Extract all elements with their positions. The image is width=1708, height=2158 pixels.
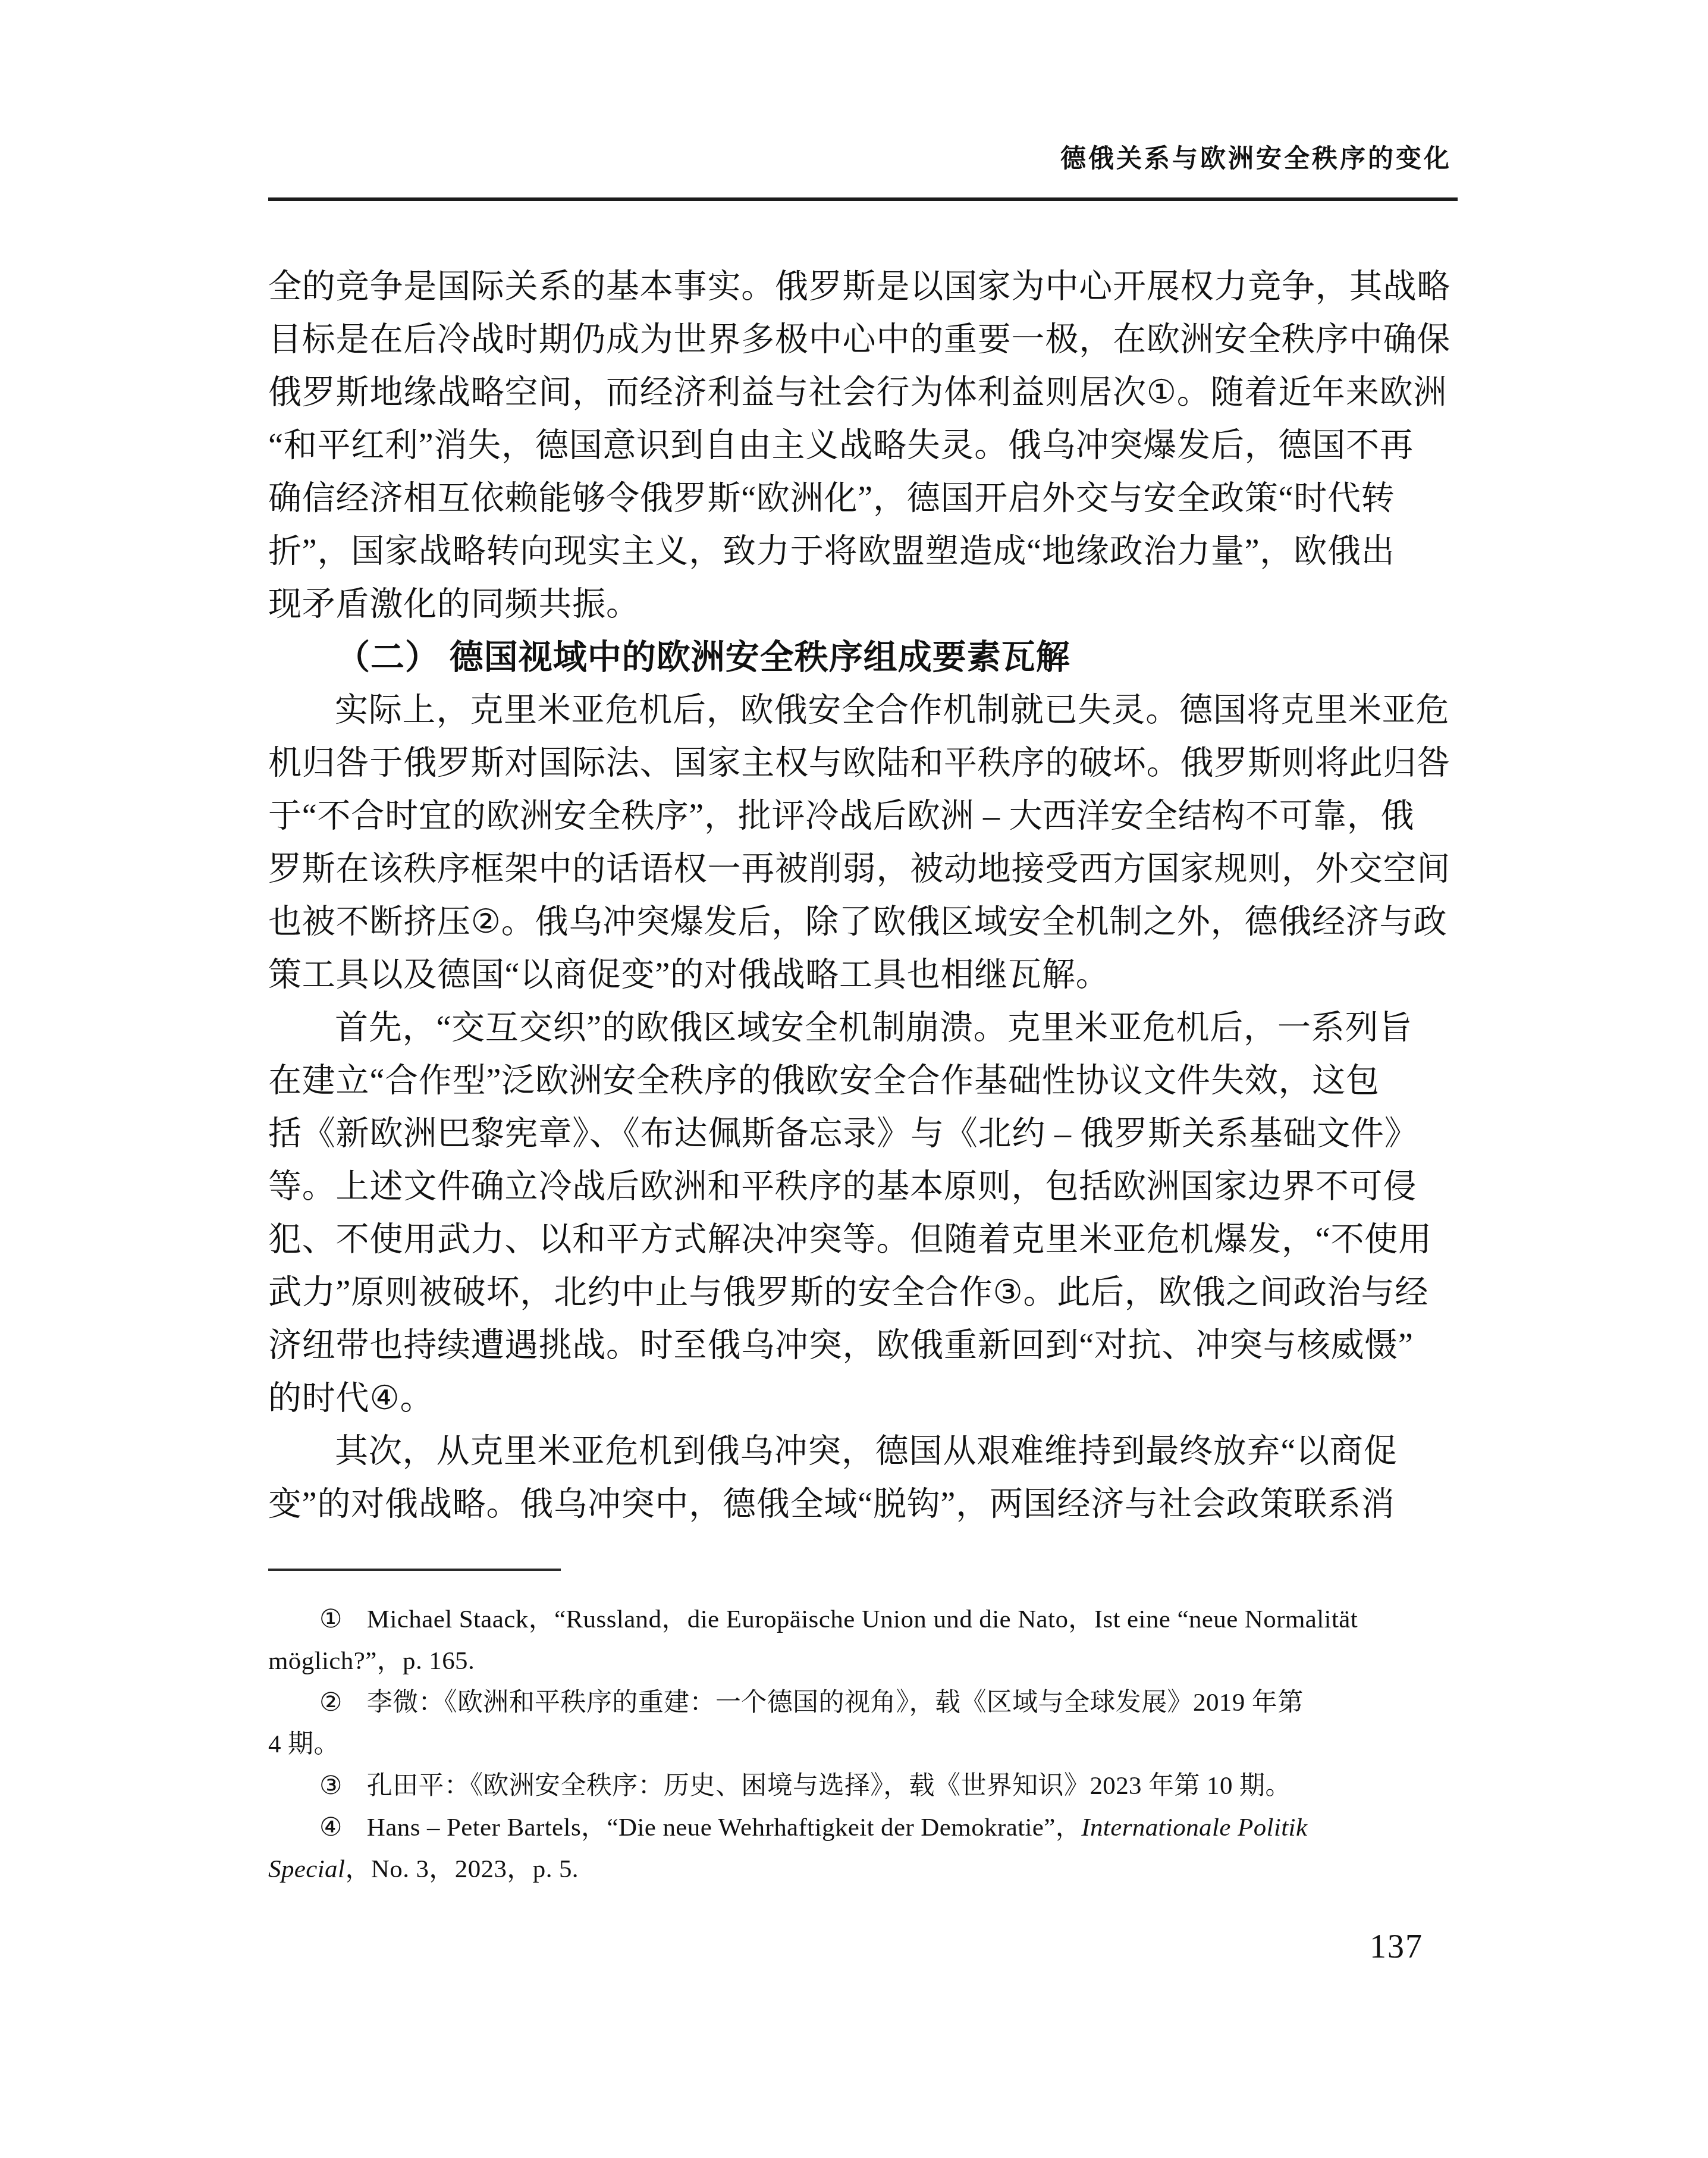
footnote-text: ，No. 3，2023，p. 5. — [345, 1855, 579, 1883]
section-heading-line: （二） 德国视域中的欧洲安全秩序组成要素瓦解 — [268, 631, 1454, 684]
footnote-separator — [268, 1569, 561, 1571]
footnote-line: möglich?”，p. 165. — [268, 1641, 1454, 1682]
footnote-line: ③孔田平：《欧洲安全秩序：历史、困境与选择》，载《世界知识》2023 年第 10… — [268, 1765, 1454, 1807]
footnote-text: Hans – Peter Bartels，“Die neue Wehrhafti… — [367, 1814, 1081, 1842]
body-line: 现矛盾激化的同频共振。 — [268, 578, 1454, 631]
body-line: 首先，“交互交织”的欧俄区域安全机制崩溃。克里米亚危机后，一系列旨 — [268, 1002, 1454, 1055]
footnote-line: ④Hans – Peter Bartels，“Die neue Wehrhaft… — [268, 1807, 1454, 1849]
footnote-journal-title: Internationale Politik — [1081, 1814, 1307, 1842]
body-line: 变”的对俄战略。俄乌冲突中，德俄全域“脱钩”，两国经济与社会政策联系消 — [268, 1478, 1454, 1531]
body-line: 等。上述文件确立冷战后欧洲和平秩序的基本原则，包括欧洲国家边界不可侵 — [268, 1160, 1454, 1213]
body-line: 括《新欧洲巴黎宪章》、《布达佩斯备忘录》与《北约 – 俄罗斯关系基础文件》 — [268, 1108, 1454, 1160]
body-text: 全的竞争是国际关系的基本事实。俄罗斯是以国家为中心开展权力竞争，其战略目标是在后… — [268, 261, 1454, 1531]
running-head: 德俄关系与欧洲安全秩序的变化 — [268, 142, 1452, 177]
body-line: 也被不断挤压②。俄乌冲突爆发后，除了欧俄区域安全机制之外，德俄经济与政 — [268, 896, 1454, 949]
body-line: 在建立“合作型”泛欧洲安全秩序的俄欧安全合作基础性协议文件失效，这包 — [268, 1055, 1454, 1108]
footnote-text: möglich?”，p. 165. — [268, 1647, 475, 1675]
body-line: “和平红利”消失，德国意识到自由主义战略失灵。俄乌冲突爆发后，德国不再 — [268, 419, 1454, 472]
page-number: 137 — [268, 1926, 1423, 1968]
body-line: 俄罗斯地缘战略空间，而经济利益与社会行为体利益则居次①。随着近年来欧洲 — [268, 366, 1454, 419]
footnote-marker: ③ — [319, 1772, 343, 1800]
footnote-line: ②李微：《欧洲和平秩序的重建：一个德国的视角》，载《区域与全球发展》2019 年… — [268, 1682, 1454, 1724]
body-line: 武力”原则被破坏，北约中止与俄罗斯的安全合作③。此后，欧俄之间政治与经 — [268, 1266, 1454, 1319]
body-line: 罗斯在该秩序框架中的话语权一再被削弱，被动地接受西方国家规则，外交空间 — [268, 843, 1454, 896]
footnote-journal-title: Special — [268, 1855, 345, 1883]
footnote-line: 4 期。 — [268, 1724, 1454, 1765]
footnote-marker: ④ — [319, 1814, 343, 1842]
body-line: 目标是在后冷战时期仍成为世界多极中心中的重要一极，在欧洲安全秩序中确保 — [268, 313, 1454, 366]
header-rule — [268, 197, 1458, 201]
body-line: 折”，国家战略转向现实主义，致力于将欧盟塑造成“地缘政治力量”，欧俄出 — [268, 525, 1454, 578]
body-line: 策工具以及德国“以商促变”的对俄战略工具也相继瓦解。 — [268, 949, 1454, 1002]
document-page: 德俄关系与欧洲安全秩序的变化 全的竞争是国际关系的基本事实。俄罗斯是以国家为中心… — [0, 0, 1708, 2158]
body-line: 犯、不使用武力、以和平方式解决冲突等。但随着克里米亚危机爆发，“不使用 — [268, 1213, 1454, 1266]
footnote-marker: ② — [319, 1689, 343, 1717]
footnote-line: Special，No. 3，2023，p. 5. — [268, 1849, 1454, 1890]
body-line: 济纽带也持续遭遇挑战。时至俄乌冲突，欧俄重新回到“对抗、冲突与核威慑” — [268, 1319, 1454, 1372]
body-line: 其次，从克里米亚危机到俄乌冲突，德国从艰难维持到最终放弃“以商促 — [268, 1425, 1454, 1478]
footnote-text: 李微：《欧洲和平秩序的重建：一个德国的视角》，载《区域与全球发展》2019 年第 — [367, 1689, 1304, 1717]
footnote-text: 4 期。 — [268, 1730, 340, 1758]
footnote-marker: ① — [319, 1605, 343, 1633]
body-line: 机归咎于俄罗斯对国际法、国家主权与欧陆和平秩序的破坏。俄罗斯则将此归咎 — [268, 737, 1454, 790]
body-line: 确信经济相互依赖能够令俄罗斯“欧洲化”，德国开启外交与安全政策“时代转 — [268, 472, 1454, 525]
footnote-text: 孔田平：《欧洲安全秩序：历史、困境与选择》，载《世界知识》2023 年第 10 … — [367, 1772, 1291, 1800]
body-line: 的时代④。 — [268, 1372, 1454, 1425]
body-line: 实际上，克里米亚危机后，欧俄安全合作机制就已失灵。德国将克里米亚危 — [268, 684, 1454, 737]
body-line: 全的竞争是国际关系的基本事实。俄罗斯是以国家为中心开展权力竞争，其战略 — [268, 261, 1454, 313]
footnote-text: Michael Staack，“Russland，die Europäische… — [367, 1605, 1358, 1633]
body-line: 于“不合时宜的欧洲安全秩序”，批评冷战后欧洲 – 大西洋安全结构不可靠，俄 — [268, 790, 1454, 843]
footnote-line: ①Michael Staack，“Russland，die Europäisch… — [268, 1599, 1454, 1641]
footnotes: ①Michael Staack，“Russland，die Europäisch… — [268, 1599, 1454, 1890]
